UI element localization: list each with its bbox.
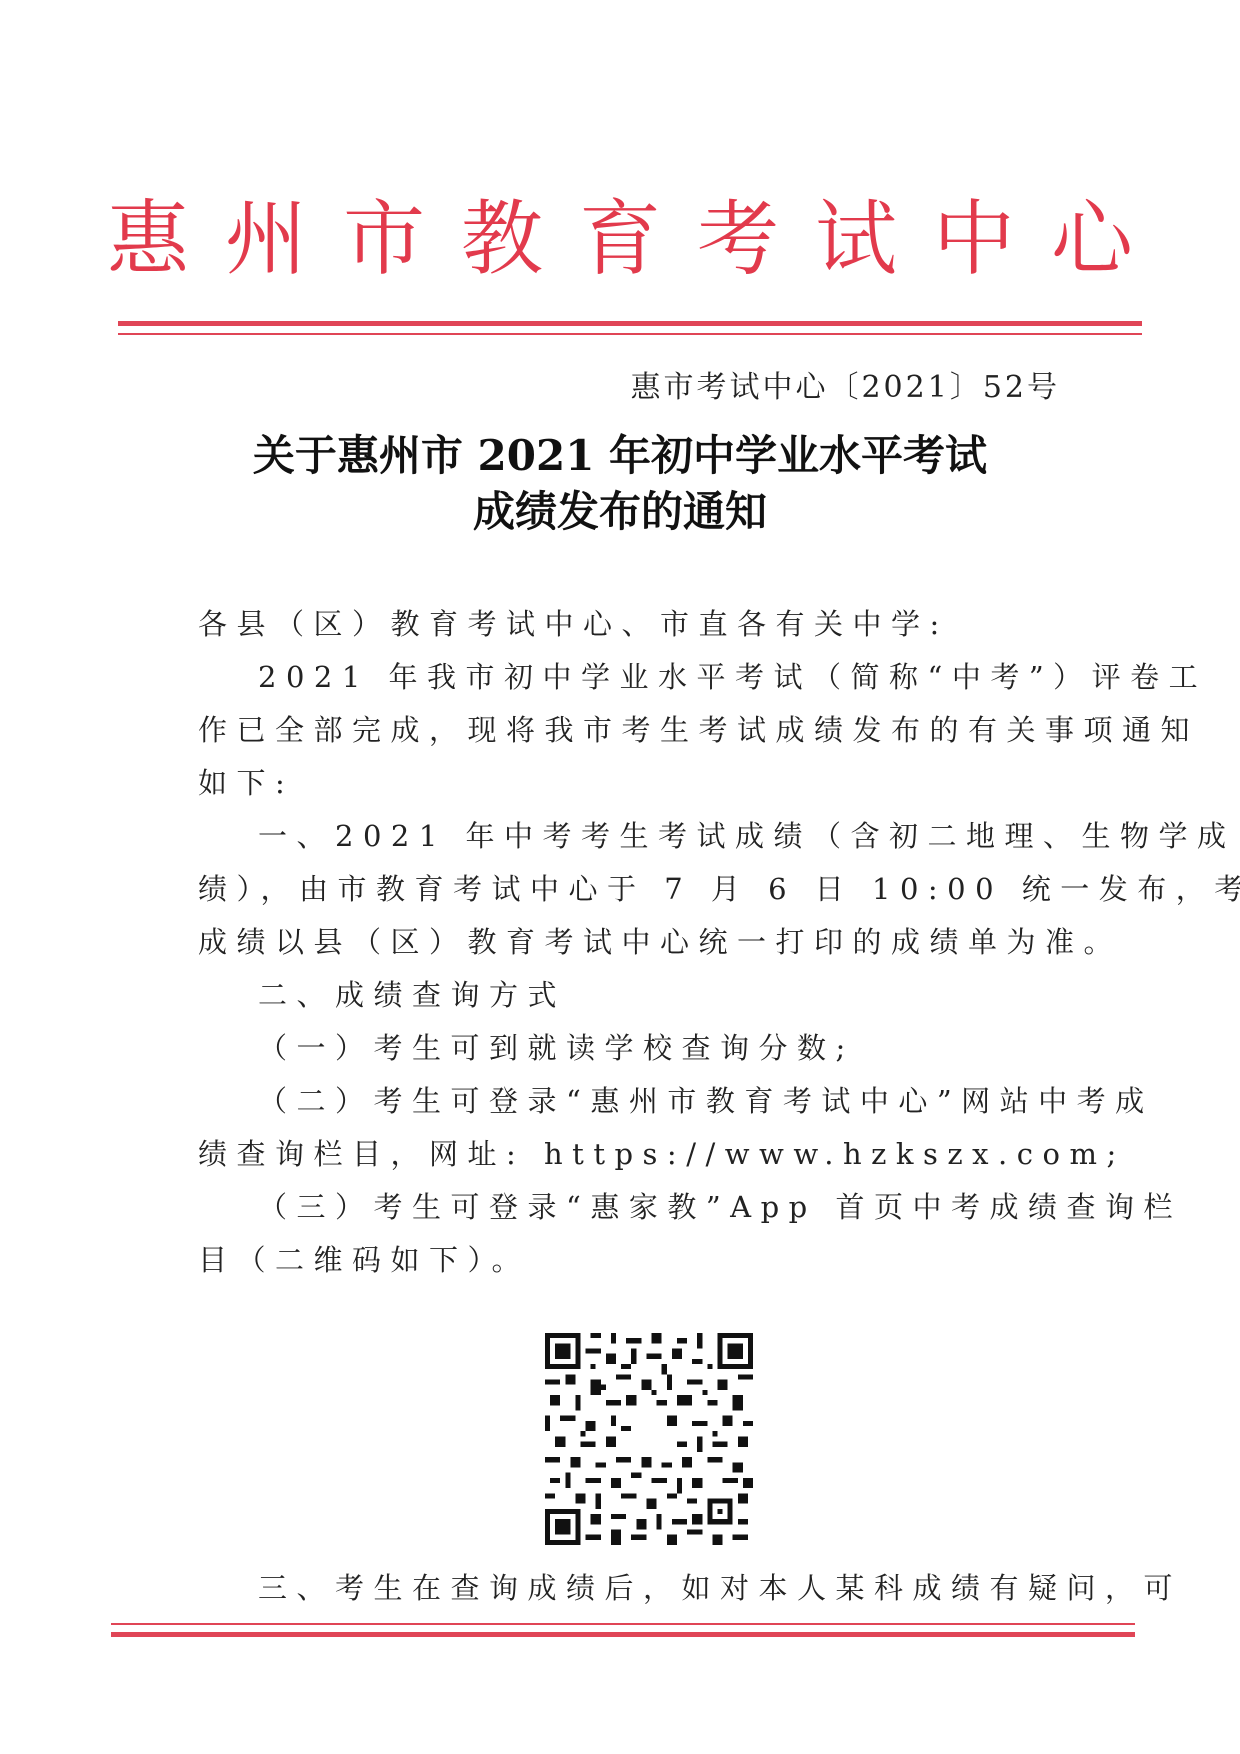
document-number: 惠市考试中心〔2021〕52号	[630, 368, 1060, 408]
section1-line: 一、2021 年中考考生考试成绩（含初二地理、生物学成	[258, 816, 1118, 856]
org-masthead: 惠州市教育考试中心	[0, 190, 1240, 290]
section2-heading: 二、成绩查询方式	[258, 975, 1118, 1015]
section3-line: 三、考生在查询成绩后，如对本人某科成绩有疑问，可	[258, 1568, 1118, 1608]
section1-line: 绩），由市教育考试中心于 7 月 6 日 10:00 统一发布，考试	[198, 869, 1058, 909]
salutation: 各县（区）教育考试中心、市直各有关中学:	[198, 604, 1058, 644]
section2-item-1: （一）考生可到就读学校查询分数;	[258, 1028, 1118, 1068]
section2-item-2: （二）考生可登录“惠州市教育考试中心”网站中考成	[258, 1081, 1118, 1121]
bottom-rule-thin	[111, 1623, 1135, 1625]
top-rule-thick	[118, 321, 1142, 326]
intro-line: 2021 年我市初中学业水平考试（简称“中考”）评卷工	[258, 657, 1118, 697]
intro-line: 如下:	[198, 763, 1058, 803]
section1-line: 成绩以县（区）教育考试中心统一打印的成绩单为准。	[198, 922, 1058, 962]
intro-line: 作已全部完成，现将我市考生考试成绩发布的有关事项通知	[198, 710, 1058, 750]
top-rule-thin	[118, 333, 1142, 335]
bottom-rule-thick	[111, 1632, 1135, 1637]
section2-item-2-cont: 绩查询栏目，网址: https://www.hzkszx.com;	[198, 1134, 1058, 1174]
section2-item-3-cont: 目（二维码如下）。	[198, 1240, 1058, 1280]
notice-title-line1: 关于惠州市 2021 年初中学业水平考试	[0, 426, 1240, 486]
qr-code-icon	[545, 1333, 753, 1545]
notice-title-line2: 成绩发布的通知	[0, 482, 1240, 542]
section2-item-3: （三）考生可登录“惠家教”App 首页中考成绩查询栏	[258, 1187, 1118, 1227]
